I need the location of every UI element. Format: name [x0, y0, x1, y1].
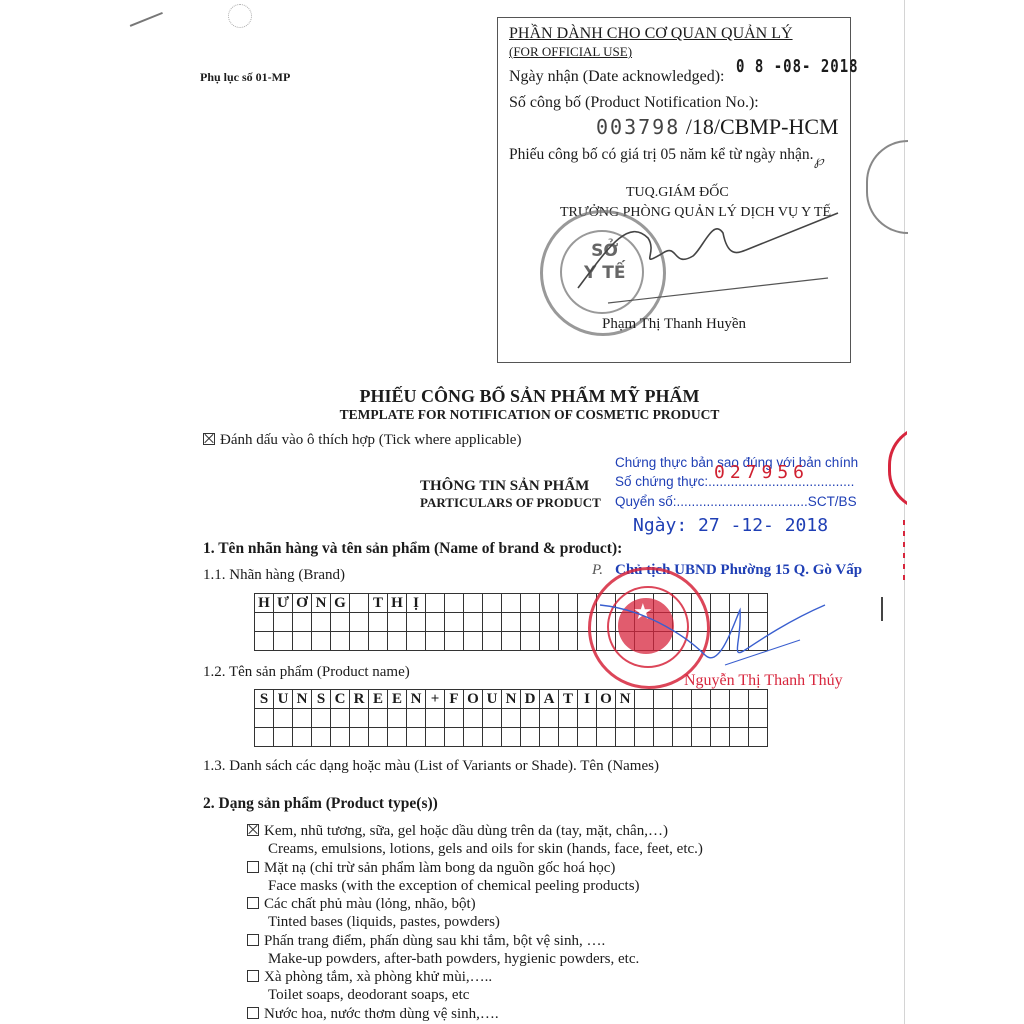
unchecked-checkbox[interactable]	[247, 970, 259, 982]
product-type-option[interactable]: Các chất phủ màu (lỏng, nhão, bột)	[247, 896, 476, 913]
checked-checkbox[interactable]	[247, 824, 259, 836]
section-2-heading: 2. Dạng sản phẩm (Product type(s))	[203, 795, 438, 813]
product-type-label-vn: Phấn trang điểm, phấn dùng sau khi tắm, …	[264, 933, 605, 949]
product-type-option[interactable]: Nước hoa, nước thơm dùng vệ sinh,….	[247, 1006, 499, 1023]
product-type-option[interactable]: Mặt nạ (chỉ trừ sản phẩm làm bong da ngu…	[247, 860, 615, 877]
unchecked-checkbox[interactable]	[247, 861, 259, 873]
unchecked-checkbox[interactable]	[247, 897, 259, 909]
unchecked-checkbox[interactable]	[247, 1007, 259, 1019]
product-type-label-vn: Nước hoa, nước thơm dùng vệ sinh,….	[264, 1006, 499, 1022]
product-type-label-en: Tinted bases (liquids, pastes, powders)	[268, 914, 500, 931]
product-type-option[interactable]: Xà phòng tắm, xà phòng khử mùi,…..	[247, 969, 492, 986]
product-type-label-en: Creams, emulsions, lotions, gels and oil…	[268, 841, 703, 858]
unchecked-checkbox[interactable]	[247, 934, 259, 946]
product-type-label-vn: Mặt nạ (chỉ trừ sản phẩm làm bong da ngu…	[264, 860, 615, 876]
product-type-label-en: Toilet soaps, deodorant soaps, etc	[268, 987, 469, 1004]
product-type-option[interactable]: Kem, nhũ tương, sữa, gel hoặc dầu dùng t…	[247, 823, 668, 840]
product-type-label-en: Make-up powders, after-bath powders, hyg…	[268, 951, 639, 968]
product-type-label-vn: Kem, nhũ tương, sữa, gel hoặc dầu dùng t…	[264, 823, 668, 839]
certifier-name: Nguyễn Thị Thanh Thúy	[684, 672, 843, 690]
product-type-label-vn: Xà phòng tắm, xà phòng khử mùi,…..	[264, 969, 492, 985]
product-type-label-vn: Các chất phủ màu (lỏng, nhão, bột)	[264, 896, 476, 912]
product-type-label-en: Face masks (with the exception of chemic…	[268, 878, 640, 895]
product-type-option[interactable]: Phấn trang điểm, phấn dùng sau khi tắm, …	[247, 933, 605, 950]
